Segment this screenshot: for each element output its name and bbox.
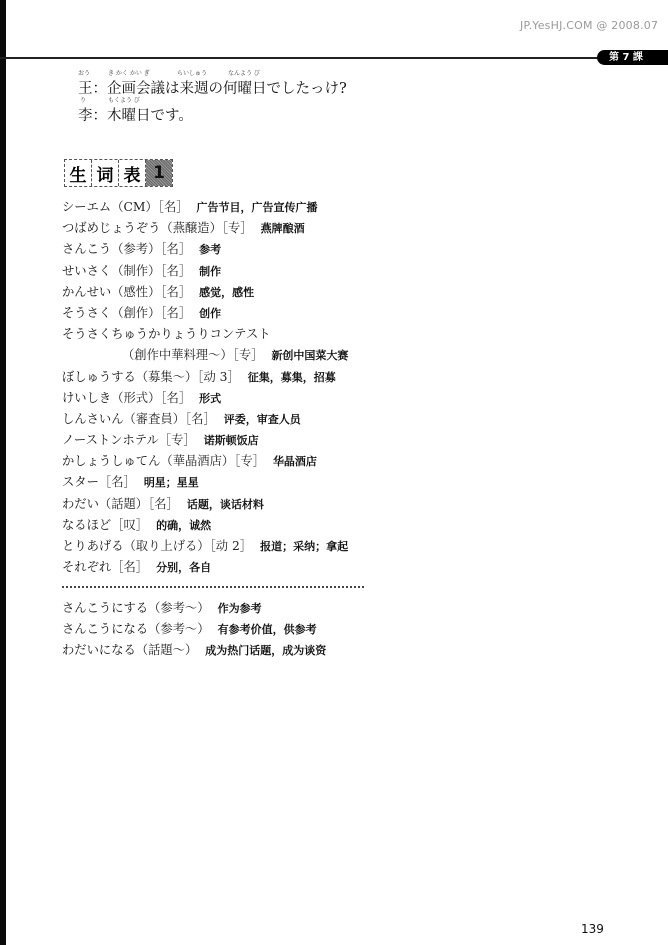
reading: わだいになる — [62, 643, 136, 657]
kanji: （制作） — [111, 264, 160, 278]
vocab-entry: なるほど［叹］的确，诚然 — [62, 515, 348, 536]
meaning: 感觉，感性 — [199, 286, 254, 299]
vocab-entry: スター［名］明星；星星 — [62, 472, 348, 493]
header-rule — [0, 57, 600, 59]
meaning: 燕牌酿酒 — [261, 222, 305, 235]
meaning: 话题，谈话材料 — [187, 498, 264, 511]
vocab-entry: そうさくちゅうかりょうりコンテスト — [62, 324, 348, 345]
part-of-speech: ［名］ — [185, 412, 216, 426]
vocab-entry: かんせい（感性）［名］感觉，感性 — [62, 282, 348, 303]
kanji: （話題） — [99, 497, 148, 511]
reading: さんこう — [62, 242, 111, 256]
meaning: 有参考价值，供参考 — [218, 623, 317, 636]
meaning: 明星；星星 — [144, 476, 199, 489]
page-number: 139 — [581, 922, 604, 936]
meaning: 报道；采纳；拿起 — [260, 540, 348, 553]
part-of-speech: ［名］ — [160, 264, 191, 278]
dotted-separator — [62, 586, 364, 588]
furigana: り — [80, 95, 86, 104]
reading: わだい — [62, 497, 99, 511]
kanji: （参考～） — [148, 622, 210, 636]
kanji: （取り上げる） — [124, 539, 210, 553]
vocab-entry: わだい（話題）［名］话题，谈话材料 — [62, 494, 348, 515]
reading: しんさいん — [62, 412, 124, 426]
kanji: （募集～） — [136, 370, 198, 384]
meaning: 华晶酒店 — [273, 455, 317, 468]
meaning: 征集，募集，招募 — [248, 371, 336, 384]
kanji: （参考～） — [148, 601, 210, 615]
reading: さんこうになる — [62, 622, 148, 636]
meaning: 参考 — [199, 243, 221, 256]
part-of-speech: ［专］ — [234, 454, 265, 468]
kanji: （華晶酒店） — [160, 454, 234, 468]
dialogue-text: 李：木曜日です。 — [78, 104, 193, 125]
reading: そうさく — [62, 306, 111, 320]
kanji: （CM） — [111, 200, 158, 214]
reading: かしょうしゅてん — [62, 454, 160, 468]
kanji: （審査員） — [124, 412, 186, 426]
part-of-speech: ［专］ — [222, 221, 253, 235]
watermark: JP.YesHJ.COM @ 2008.07 — [520, 19, 658, 32]
meaning: 诺斯顿饭店 — [204, 434, 259, 447]
reading: それぞれ — [62, 560, 111, 574]
vocab-entry: とりあげる（取り上げる）［动 2］报道；采纳；拿起 — [62, 536, 348, 557]
vocab-entry: そうさく（創作）［名］创作 — [62, 303, 348, 324]
reading: かんせい — [62, 285, 111, 299]
phrase-list: さんこうにする（参考～）作为参考 さんこうになる（参考～）有参考价值，供参考 わ… — [62, 598, 326, 662]
vocab-entry: シーエム（CM）［名］广告节目，广告宣传广播 — [62, 197, 348, 218]
part-of-speech: ［名］ — [148, 497, 179, 511]
part-of-speech: ［名］ — [160, 306, 191, 320]
part-of-speech: ［名］ — [99, 475, 136, 489]
meaning: 制作 — [199, 265, 221, 278]
part-of-speech: ［专］ — [159, 433, 196, 447]
kanji: （話題～） — [136, 643, 198, 657]
heading-char: 生 — [65, 160, 92, 186]
meaning: 广告节目，广告宣传广播 — [197, 201, 318, 214]
vocab-entry: ノーストンホテル［专］诺斯顿饭店 — [62, 430, 348, 451]
furigana: もくよう び — [108, 95, 140, 104]
vocab-entry: けいしき（形式）［名］形式 — [62, 388, 348, 409]
meaning: 成为热门话题，成为谈资 — [205, 644, 326, 657]
part-of-speech: ［动 3］ — [197, 370, 239, 384]
vocab-entry: さんこう（参考）［名］参考 — [62, 239, 348, 260]
part-of-speech: ［叹］ — [111, 518, 148, 532]
part-of-speech: ［名］ — [160, 391, 191, 405]
heading-char: 词 — [92, 160, 119, 186]
meaning: 新创中国菜大赛 — [271, 349, 348, 362]
meaning: 分别，各自 — [156, 561, 211, 574]
vocab-entry: かしょうしゅてん（華晶酒店）［专］华晶酒店 — [62, 451, 348, 472]
furigana: き かく かい ぎ — [108, 68, 150, 77]
vocab-list: シーエム（CM）［名］广告节目，广告宣传广播 つばめじょうぞう（燕醸造）［专］燕… — [62, 197, 348, 578]
vocab-entry: それぞれ［名］分别，各自 — [62, 557, 348, 578]
reading: つばめじょうぞう — [62, 221, 160, 235]
reading: さんこうにする — [62, 601, 148, 615]
kanji: （創作中華料理～） — [122, 348, 233, 362]
reading: ノーストンホテル — [62, 433, 159, 447]
kanji: （燕醸造） — [160, 221, 222, 235]
heading-char: 表 — [119, 160, 146, 186]
part-of-speech: ［动 2］ — [210, 539, 252, 553]
part-of-speech: ［名］ — [111, 560, 148, 574]
furigana: おう — [78, 68, 90, 77]
vocab-entry: せいさく（制作）［名］制作 — [62, 261, 348, 282]
part-of-speech: ［名］ — [160, 242, 191, 256]
scan-edge-strip — [0, 0, 6, 945]
reading: とりあげる — [62, 539, 124, 553]
reading: ぼしゅうする — [62, 370, 136, 384]
kanji: （創作） — [111, 306, 160, 320]
furigana: らいしゅう — [177, 68, 207, 77]
meaning: 作为参考 — [218, 602, 262, 615]
vocab-entry-continuation: （創作中華料理～）［专］新创中国菜大赛 — [62, 345, 348, 366]
meaning: 的确，诚然 — [156, 519, 211, 532]
meaning: 形式 — [199, 392, 221, 405]
part-of-speech: ［专］ — [233, 348, 264, 362]
phrase-entry: わだいになる（話題～）成为热门话题，成为谈资 — [62, 640, 326, 661]
reading: シーエム — [62, 200, 111, 214]
kanji: （形式） — [111, 391, 160, 405]
kanji: （感性） — [111, 285, 160, 299]
part-of-speech: ［名］ — [158, 200, 189, 214]
meaning: 创作 — [199, 307, 221, 320]
part-of-speech: ［名］ — [160, 285, 191, 299]
heading-number: 1 — [146, 160, 172, 186]
vocab-entry: ぼしゅうする（募集～）［动 3］征集，募集，招募 — [62, 367, 348, 388]
vocab-entry: しんさいん（審査員）［名］评委，审查人员 — [62, 409, 348, 430]
lesson-badge: 第 7 課 — [597, 50, 668, 65]
reading: なるほど — [62, 518, 111, 532]
furigana: なんよう び — [228, 68, 260, 77]
reading: そうさくちゅうかりょうりコンテスト — [62, 327, 271, 341]
vocab-list-heading: 生 词 表 1 — [64, 159, 173, 187]
reading: せいさく — [62, 264, 111, 278]
vocab-entry: つばめじょうぞう（燕醸造）［专］燕牌酿酒 — [62, 218, 348, 239]
meaning: 评委，审查人员 — [224, 413, 301, 426]
reading: けいしき — [62, 391, 111, 405]
kanji: （参考） — [111, 242, 160, 256]
phrase-entry: さんこうにする（参考～）作为参考 — [62, 598, 326, 619]
phrase-entry: さんこうになる（参考～）有参考价值，供参考 — [62, 619, 326, 640]
reading: スター — [62, 475, 99, 489]
